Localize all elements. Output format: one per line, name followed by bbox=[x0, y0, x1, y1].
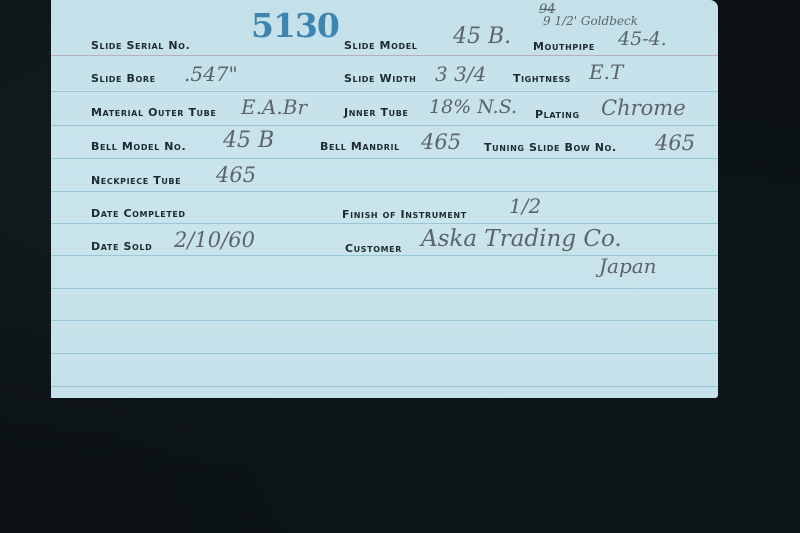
material-outer-tube-label: Material Outer Tube bbox=[91, 106, 216, 119]
mouthpipe-label: Mouthpipe bbox=[533, 40, 595, 53]
material-outer-tube-value: E.A.Br bbox=[241, 95, 307, 119]
slide-serial-no-label: Slide Serial No. bbox=[91, 39, 190, 52]
tuning-slide-bow-no-value: 465 bbox=[655, 131, 695, 155]
bell-model-no-label: Bell Model No. bbox=[91, 140, 186, 153]
date-sold-value: 2/10/60 bbox=[174, 228, 255, 252]
rule-line bbox=[51, 353, 718, 354]
customer-value-line2: Japan bbox=[599, 254, 657, 278]
slide-bore-label: Slide Bore bbox=[91, 72, 156, 85]
serial-number-stamp: 5130 bbox=[251, 6, 339, 45]
record-card: 5130 Slide Serial No. Slide Model 45 B. … bbox=[51, 0, 718, 398]
rule-line bbox=[51, 125, 718, 126]
bell-mandril-label: Bell Mandril bbox=[320, 140, 400, 153]
rule-line bbox=[51, 55, 718, 56]
mouthpipe-value: 45-4. bbox=[618, 28, 667, 50]
finish-of-instrument-value: 1/2 bbox=[509, 194, 541, 218]
slide-model-value: 45 B. bbox=[453, 24, 511, 49]
date-completed-label: Date Completed bbox=[91, 207, 186, 220]
finish-of-instrument-label: Finish of Instrument bbox=[342, 208, 467, 221]
rule-line bbox=[51, 91, 718, 92]
rule-line bbox=[51, 288, 718, 289]
mouthpipe-note: 9 1/2' Goldbeck bbox=[543, 14, 638, 28]
inner-tube-label: Jnner Tube bbox=[344, 106, 409, 119]
rule-line bbox=[51, 386, 718, 387]
tightness-label: Tightness bbox=[513, 72, 571, 85]
rule-line bbox=[51, 158, 718, 159]
neckpiece-tube-label: Neckpiece Tube bbox=[91, 174, 181, 187]
rule-line bbox=[51, 320, 718, 321]
customer-label: Customer bbox=[345, 242, 402, 255]
inner-tube-value: 18% N.S. bbox=[429, 96, 517, 118]
bell-mandril-value: 465 bbox=[421, 130, 461, 154]
slide-width-label: Slide Width bbox=[344, 72, 416, 85]
slide-width-value: 3 3/4 bbox=[435, 62, 486, 86]
customer-value: Aska Trading Co. bbox=[421, 226, 622, 252]
tuning-slide-bow-no-label: Tuning Slide Bow No. bbox=[484, 141, 617, 154]
date-sold-label: Date Sold bbox=[91, 240, 152, 253]
plating-value: Chrome bbox=[601, 96, 686, 120]
neckpiece-tube-value: 465 bbox=[216, 163, 256, 187]
rule-line bbox=[51, 223, 718, 224]
rule-line bbox=[51, 191, 718, 192]
plating-label: Plating bbox=[535, 108, 580, 121]
slide-model-label: Slide Model bbox=[344, 39, 417, 52]
tightness-value: E.T bbox=[589, 60, 623, 84]
slide-bore-value: .547" bbox=[184, 62, 238, 86]
bell-model-no-value: 45 B bbox=[223, 128, 274, 153]
